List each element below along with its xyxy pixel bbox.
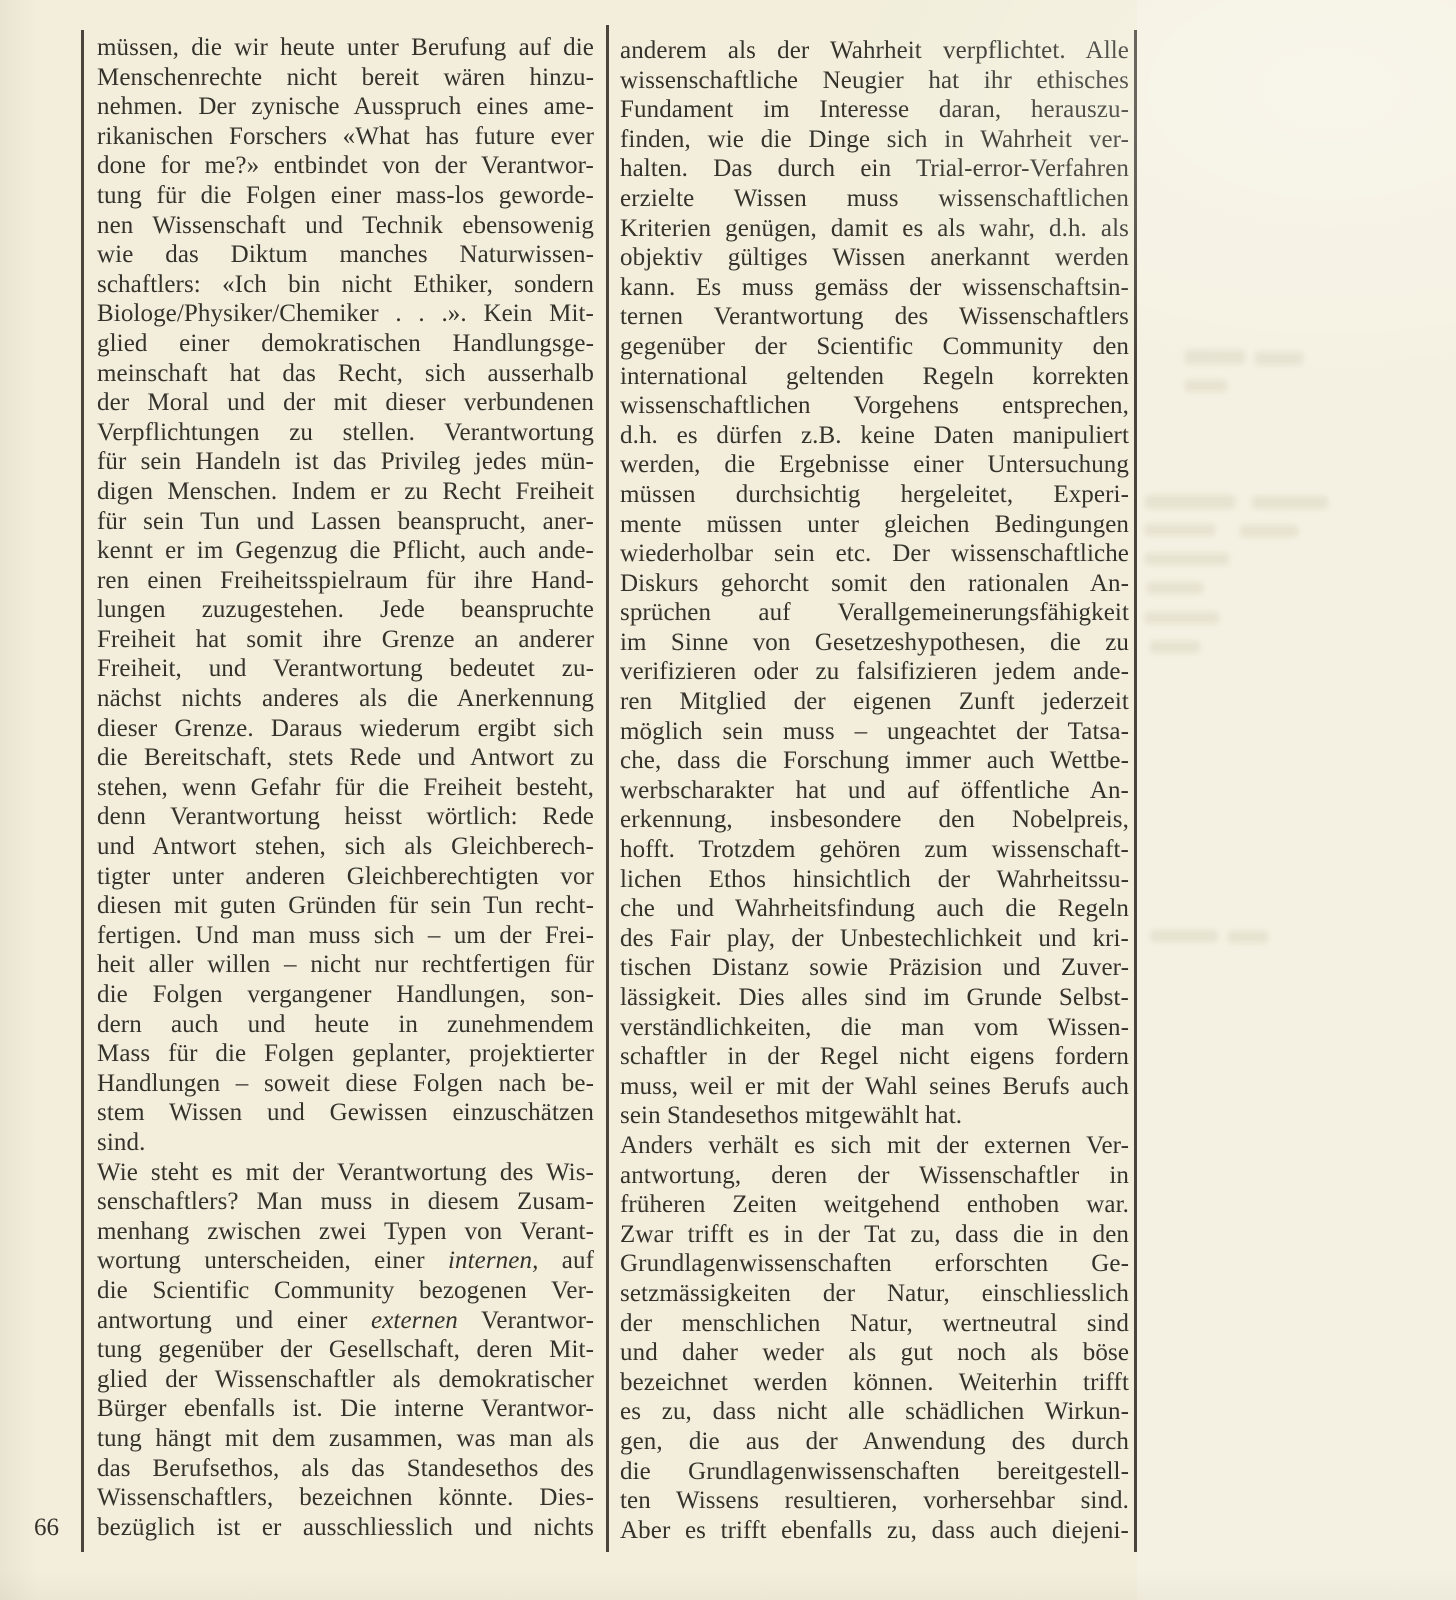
page-number: 66 bbox=[34, 1513, 59, 1543]
text-line: Mass für die Folgen geplanter, projektie… bbox=[97, 1039, 594, 1069]
left-vertical-rule bbox=[81, 30, 84, 1552]
text-line: bezeichnet werden können. Weiterhin trif… bbox=[620, 1368, 1129, 1398]
text-line: denn Verantwortung heisst wörtlich: Rede bbox=[97, 802, 594, 832]
text-line: Freiheit hat somit ihre Grenze an andere… bbox=[97, 625, 594, 655]
bleed-through-mark bbox=[1145, 495, 1235, 509]
bleed-through-mark bbox=[1145, 553, 1229, 565]
text-line: Fundament im Interesse daran, herauszu- bbox=[620, 95, 1129, 125]
text-line: tigter unter anderen Gleichberechtigten … bbox=[97, 862, 594, 892]
text-line: gen, die aus der Anwendung des durch bbox=[620, 1427, 1129, 1457]
text-line: heit aller willen – nicht nur rechtferti… bbox=[97, 950, 594, 980]
text-line: schaftler in der Regel nicht eigens ford… bbox=[620, 1042, 1129, 1072]
text-line: setzmässigkeiten der Natur, einschliessl… bbox=[620, 1279, 1129, 1309]
text-line: done for me?» entbindet von der Verantwo… bbox=[97, 151, 594, 181]
text-line: ren einen Freiheitsspielraum für ihre Ha… bbox=[97, 566, 594, 596]
text-line: Bürger ebenfalls ist. Die interne Verant… bbox=[97, 1394, 594, 1424]
bleed-through-mark bbox=[1185, 350, 1245, 364]
text-line: anderem als der Wahrheit verpflichtet. A… bbox=[620, 36, 1129, 66]
text-line: müssen, die wir heute unter Berufung auf… bbox=[97, 33, 594, 63]
text-line: müssen durchsichtig hergeleitet, Experi- bbox=[620, 480, 1129, 510]
text-line: tung gegenüber der Gesellschaft, deren M… bbox=[97, 1335, 594, 1365]
text-line: ten Wissens resultieren, vorhersehbar si… bbox=[620, 1486, 1129, 1516]
bleed-through-mark bbox=[1145, 524, 1215, 536]
text-line: im Sinne von Gesetzeshypothesen, die zu bbox=[620, 628, 1129, 658]
text-line: Aber es trifft ebenfalls zu, dass auch d… bbox=[620, 1516, 1129, 1546]
bleed-through-mark bbox=[1185, 380, 1227, 392]
text-column-right: anderem als der Wahrheit verpflichtet. A… bbox=[620, 36, 1129, 1545]
text-line: für sein Handeln ist das Privileg jedes … bbox=[97, 447, 594, 477]
bleed-through-mark bbox=[1147, 582, 1203, 594]
text-line: fertigen. Und man muss sich – um der Fre… bbox=[97, 921, 594, 951]
text-line: die Grundlagenwissenschaften bereitgeste… bbox=[620, 1457, 1129, 1487]
text-line: wie das Diktum manches Naturwissen- bbox=[97, 240, 594, 270]
bleed-through-mark bbox=[1150, 930, 1218, 942]
text-line: schaftlers: «Ich bin nicht Ethiker, sond… bbox=[97, 270, 594, 300]
text-line: tung für die Folgen einer mass-los gewor… bbox=[97, 181, 594, 211]
text-line: Anders verhält es sich mit der externen … bbox=[620, 1131, 1129, 1161]
text-line: sein Standesethos mitgewählt hat. bbox=[620, 1101, 1129, 1131]
text-line: nehmen. Der zynische Ausspruch eines ame… bbox=[97, 92, 594, 122]
text-column-left: müssen, die wir heute unter Berufung auf… bbox=[97, 33, 594, 1542]
right-vertical-rule bbox=[1134, 30, 1137, 1552]
text-line: möglich sein muss – ungeachtet der Tatsa… bbox=[620, 717, 1129, 747]
text-line: es zu, dass nicht alle schädlichen Wirku… bbox=[620, 1397, 1129, 1427]
text-line: Zwar trifft es in der Tat zu, dass die i… bbox=[620, 1220, 1129, 1250]
text-line: werden, die Ergebnisse einer Untersuchun… bbox=[620, 450, 1129, 480]
text-line: das Berufsethos, als das Standesethos de… bbox=[97, 1454, 594, 1484]
bleed-through-mark bbox=[1240, 525, 1298, 537]
text-line: international geltenden Regeln korrekten bbox=[620, 362, 1129, 392]
text-line: lungen zuzugestehen. Jede beanspruchte bbox=[97, 595, 594, 625]
text-line: Wissenschaftlers, bezeichnen könnte. Die… bbox=[97, 1483, 594, 1513]
text-line: des Fair play, der Unbestechlichkeit und… bbox=[620, 924, 1129, 954]
text-line: d.h. es dürfen z.B. keine Daten manipuli… bbox=[620, 421, 1129, 451]
text-line: objektiv gültiges Wissen anerkannt werde… bbox=[620, 243, 1129, 273]
text-line: meinschaft hat das Recht, sich ausserhal… bbox=[97, 359, 594, 389]
text-line: Diskurs gehorcht somit den rationalen An… bbox=[620, 569, 1129, 599]
text-line: dieser Grenze. Daraus wiederum ergibt si… bbox=[97, 714, 594, 744]
text-line: für sein Tun und Lassen beansprucht, ane… bbox=[97, 507, 594, 537]
text-line: die Scientific Community bezogenen Ver- bbox=[97, 1276, 594, 1306]
text-line: erkennung, insbesondere den Nobelpreis, bbox=[620, 805, 1129, 835]
text-line: digen Menschen. Indem er zu Recht Freihe… bbox=[97, 477, 594, 507]
text-line: früheren Zeiten weitgehend enthoben war. bbox=[620, 1190, 1129, 1220]
column-divider-rule bbox=[606, 25, 609, 1552]
text-line: und daher weder als gut noch als böse bbox=[620, 1338, 1129, 1368]
text-line: und Antwort stehen, sich als Gleichberec… bbox=[97, 832, 594, 862]
text-line: nen Wissenschaft und Technik ebensowenig bbox=[97, 211, 594, 241]
text-line: sprüchen auf Verallgemeinerungsfähigkeit bbox=[620, 598, 1129, 628]
text-line: Wie steht es mit der Verantwortung des W… bbox=[97, 1158, 594, 1188]
text-line: lässigkeit. Dies alles sind im Grunde Se… bbox=[620, 983, 1129, 1013]
text-line: werbscharakter hat und auf öffentliche A… bbox=[620, 776, 1129, 806]
bleed-through-mark bbox=[1145, 612, 1219, 624]
bleed-through-mark bbox=[1150, 641, 1200, 653]
text-line: glied der Wissenschaftler als demokratis… bbox=[97, 1365, 594, 1395]
text-line: glied einer demokratischen Handlungsge- bbox=[97, 329, 594, 359]
text-line: hofft. Trotzdem gehören zum wissenschaft… bbox=[620, 835, 1129, 865]
text-line: Menschenrechte nicht bereit wären hinzu- bbox=[97, 63, 594, 93]
text-line: rikanischen Forschers «What has future e… bbox=[97, 122, 594, 152]
text-line: ternen Verantwortung des Wissenschaftler… bbox=[620, 302, 1129, 332]
text-line: erzielte Wissen muss wissenschaftlichen bbox=[620, 184, 1129, 214]
text-line: tung hängt mit dem zusammen, was man als bbox=[97, 1424, 594, 1454]
text-line: wissenschaftlichen Vorgehens entsprechen… bbox=[620, 391, 1129, 421]
bleed-through-mark bbox=[1252, 496, 1328, 509]
text-line: stehen, wenn Gefahr für die Freiheit bes… bbox=[97, 773, 594, 803]
text-line: diesen mit guten Gründen für sein Tun re… bbox=[97, 891, 594, 921]
text-line: Verpflichtungen zu stellen. Verantwortun… bbox=[97, 418, 594, 448]
text-line: bezüglich ist er ausschliesslich und nic… bbox=[97, 1513, 594, 1543]
text-line: muss, weil er mit der Wahl seines Berufs… bbox=[620, 1072, 1129, 1102]
text-line: che und Wahrheitsfindung auch die Regeln bbox=[620, 894, 1129, 924]
text-line: wissenschaftliche Neugier hat ihr ethisc… bbox=[620, 66, 1129, 96]
text-line: stem Wissen und Gewissen einzuschätzen bbox=[97, 1098, 594, 1128]
text-line: verständlichkeiten, die man vom Wissen- bbox=[620, 1013, 1129, 1043]
bleed-through-mark bbox=[1228, 931, 1268, 943]
text-line: menhang zwischen zwei Typen von Verant- bbox=[97, 1217, 594, 1247]
text-line: Kriterien genügen, damit es als wahr, d.… bbox=[620, 214, 1129, 244]
text-line: kann. Es muss gemäss der wissenschaftsin… bbox=[620, 273, 1129, 303]
text-line: wiederholbar sein etc. Der wissenschaftl… bbox=[620, 539, 1129, 569]
text-line: che, dass die Forschung immer auch Wettb… bbox=[620, 746, 1129, 776]
document-page: 66 müssen, die wir heute unter Berufung … bbox=[0, 0, 1456, 1600]
text-line: verifizieren oder zu falsifizieren jedem… bbox=[620, 657, 1129, 687]
text-line: ren Mitglied der eigenen Zunft jederzeit bbox=[620, 687, 1129, 717]
text-line: mente müssen unter gleichen Bedingungen bbox=[620, 510, 1129, 540]
text-line: finden, wie die Dinge sich in Wahrheit v… bbox=[620, 125, 1129, 155]
text-line: sind. bbox=[97, 1128, 594, 1158]
text-line: halten. Das durch ein Trial-error-Verfah… bbox=[620, 154, 1129, 184]
text-line: die Folgen vergangener Handlungen, son- bbox=[97, 980, 594, 1010]
text-line: Handlungen – soweit diese Folgen nach be… bbox=[97, 1069, 594, 1099]
text-line: wortung unterscheiden, einer internen, a… bbox=[97, 1246, 594, 1276]
text-line: die Bereitschaft, stets Rede und Antwort… bbox=[97, 743, 594, 773]
text-line: Freiheit, und Verantwortung bedeutet zu- bbox=[97, 654, 594, 684]
text-line: antwortung, deren der Wissenschaftler in bbox=[620, 1161, 1129, 1191]
text-line: lichen Ethos hinsichtlich der Wahrheitss… bbox=[620, 865, 1129, 895]
text-line: gegenüber der Scientific Community den bbox=[620, 332, 1129, 362]
text-line: antwortung und einer externen Verantwor- bbox=[97, 1306, 594, 1336]
text-line: Grundlagenwissenschaften erforschten Ge- bbox=[620, 1249, 1129, 1279]
text-line: Biologe/Physiker/Chemiker . . .». Kein M… bbox=[97, 299, 594, 329]
right-margin-area bbox=[1137, 0, 1456, 1600]
text-line: tischen Distanz sowie Präzision und Zuve… bbox=[620, 953, 1129, 983]
text-line: der menschlichen Natur, wertneutral sind bbox=[620, 1309, 1129, 1339]
text-line: senschaftlers? Man muss in diesem Zusam- bbox=[97, 1187, 594, 1217]
bleed-through-mark bbox=[1255, 352, 1303, 365]
text-line: nächst nichts anderes als die Anerkennun… bbox=[97, 684, 594, 714]
text-line: dern auch und heute in zunehmendem bbox=[97, 1010, 594, 1040]
text-line: der Moral und der mit dieser verbundenen bbox=[97, 388, 594, 418]
text-line: kennt er im Gegenzug die Pflicht, auch a… bbox=[97, 536, 594, 566]
